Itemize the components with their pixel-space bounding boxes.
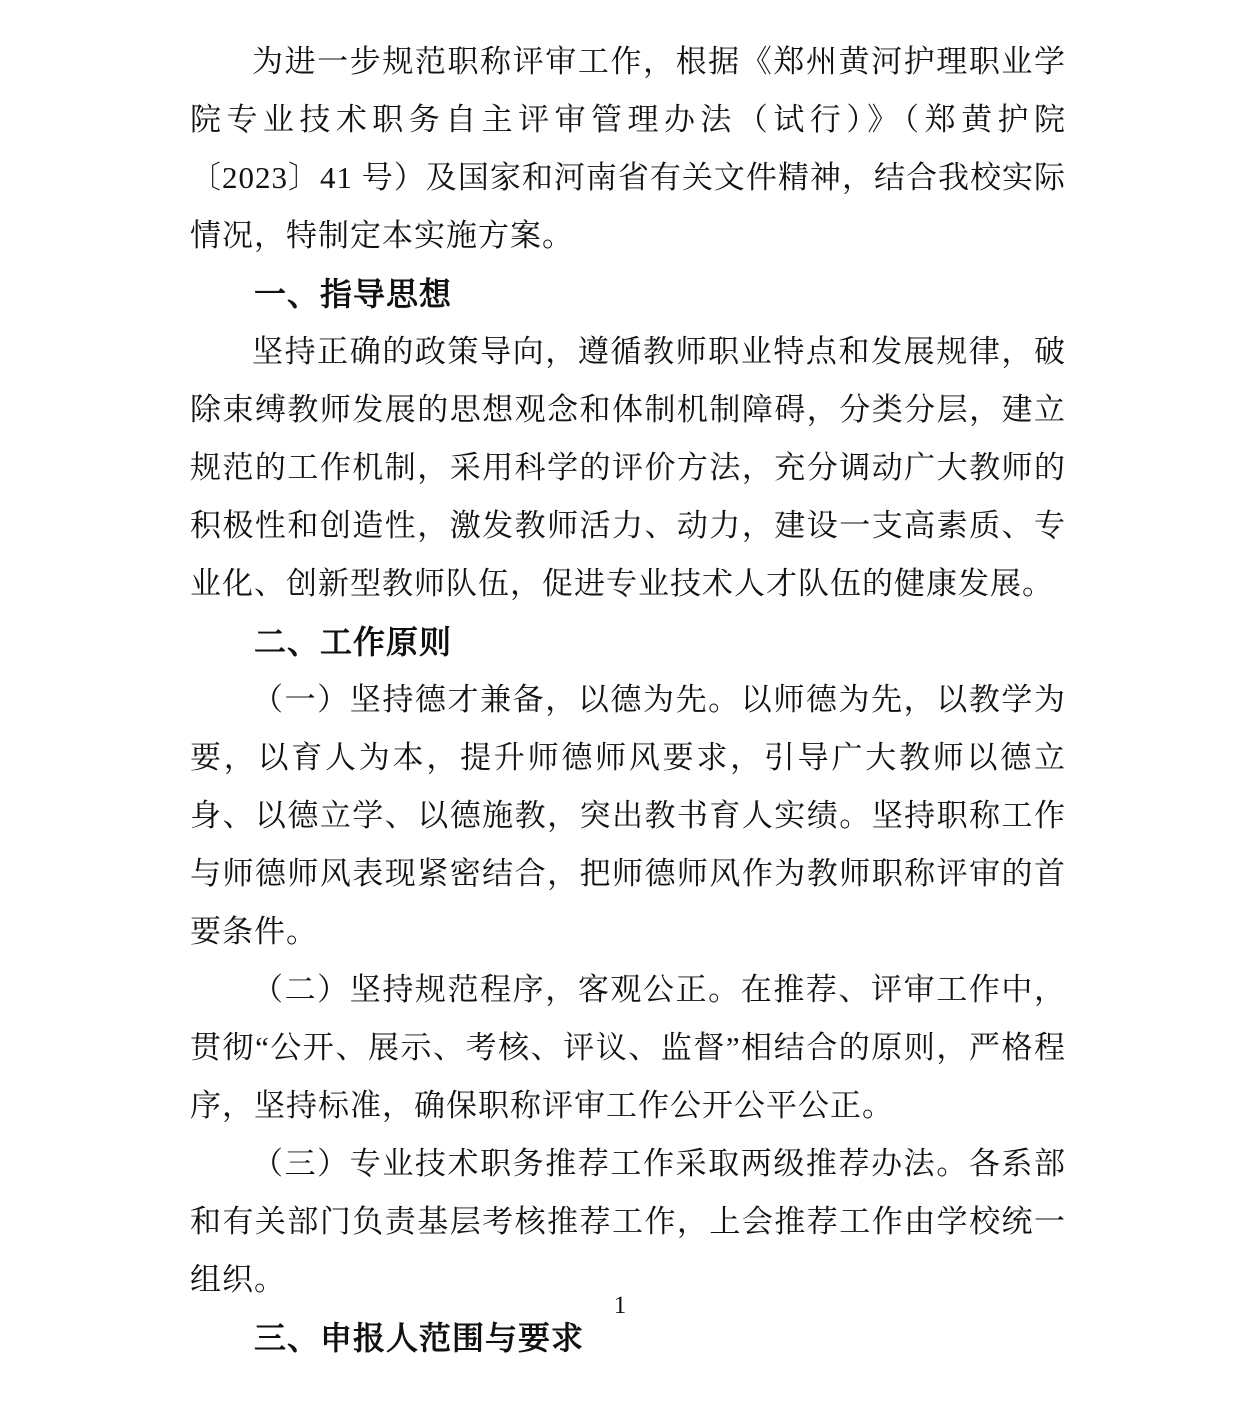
heading-guiding-ideology: 一、指导思想 (190, 265, 1066, 323)
paragraph-guiding-ideology: 坚持正确的政策导向，遵循教师职业特点和发展规律，破除束缚教师发展的思想观念和体制… (190, 323, 1066, 613)
document-content: 为进一步规范职称评审工作，根据《郑州黄河护理职业学院专业技术职务自主评审管理办法… (190, 33, 1066, 1367)
paragraph-principle-3: （三）专业技术职务推荐工作采取两级推荐办法。各系部和有关部门负责基层考核推荐工作… (190, 1135, 1066, 1309)
paragraph-principle-2: （二）坚持规范程序，客观公正。在推荐、评审工作中，贯彻“公开、展示、考核、评议、… (190, 961, 1066, 1135)
page-number: 1 (0, 1291, 1240, 1321)
paragraph-principle-1: （一）坚持德才兼备，以德为先。以师德为先，以教学为要，以育人为本，提升师德师风要… (190, 671, 1066, 961)
document-page: 为进一步规范职称评审工作，根据《郑州黄河护理职业学院专业技术职务自主评审管理办法… (0, 0, 1240, 1412)
paragraph-intro: 为进一步规范职称评审工作，根据《郑州黄河护理职业学院专业技术职务自主评审管理办法… (190, 33, 1066, 265)
heading-work-principles: 二、工作原则 (190, 613, 1066, 671)
